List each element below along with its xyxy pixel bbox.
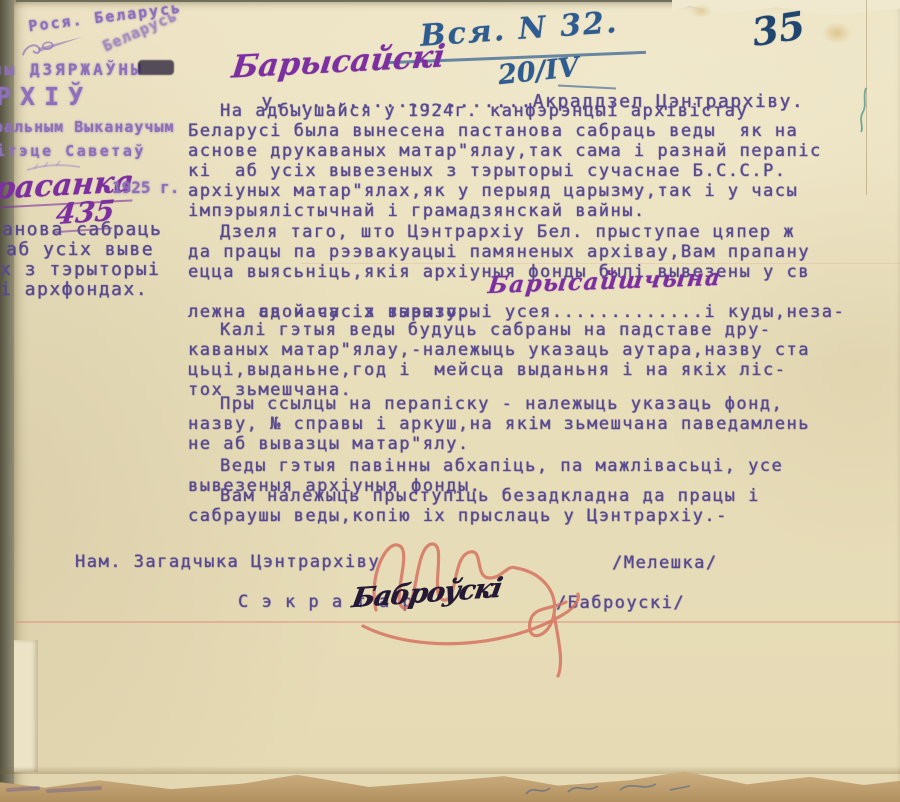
typed-dots: ............: [564, 302, 705, 322]
margin-note-line: і архфондах.: [0, 280, 180, 300]
body-paragraph-3: Калі гэтыя веды будуць сабраны на падста…: [188, 320, 888, 400]
text-line-with-insert: свой час з тэрыторыі усея.............і …: [188, 282, 888, 302]
text-line: аснове друкаваных матар"ялау,так сама і …: [188, 141, 888, 161]
archival-document-scan: Рося. Беларусь Беларусь ны ДЗЯРЖАЎНЫ РХІ…: [0, 0, 900, 802]
text-line: Калі гэтыя веды будуць сабраны на падста…: [188, 320, 888, 340]
faint-stamp-fragment: [4, 782, 154, 798]
text-line: імпэрыялістычнай і грамадзянскай вайны.: [188, 201, 888, 221]
body-paragraph-1: На адбыушайся у 1924г. канфэрэнцыі архів…: [188, 101, 888, 221]
text-line: каваных матар"ялау,-належыць указаць аут…: [188, 340, 888, 360]
paper-stain: [822, 22, 852, 44]
text-line: архіуных матар"ялах,як у перыяд царызму,…: [188, 181, 888, 201]
margin-note-line: анова сабраць: [0, 220, 180, 240]
text-line: кі аб усіх вывезеных з тэрыторыі сучасна…: [188, 161, 888, 181]
page-edge-shadow: [0, 766, 900, 774]
margin-note-line: х з тэрыторыі: [0, 260, 180, 280]
page-number: 35: [749, 2, 808, 55]
underlying-page-edge: [14, 640, 38, 772]
stamp-line-executive: ральным Выканаучым: [0, 118, 175, 136]
text-line: не аб вывазцы матар"ялу.: [188, 434, 888, 454]
text-segment: і куды,неза-: [704, 302, 845, 322]
signer-role-1: Нам. Загадчыка Цэнтрархіву: [75, 552, 380, 572]
text-line: На адбыушайся у 1924г. канфэрэнцыі архів…: [188, 101, 888, 121]
paper-stain: [690, 4, 712, 18]
ink-smudge: [138, 60, 174, 75]
text-line: назву, № справы і аркуш,на якім зьмешчан…: [188, 414, 888, 434]
text-line: да працы па рээвакуацыі памяненых архіва…: [188, 242, 888, 262]
text-line: Вам належыць прыступіць безадкладна да п…: [188, 486, 888, 506]
body-paragraph-2: Дзеля таго, што Цэнтрархіу Бел. прыступа…: [188, 222, 888, 322]
stamp-emblem-icon: [17, 31, 89, 63]
text-line: цьці,выданьне,год і мейсца выданьня і на…: [188, 360, 888, 380]
margin-note: анова сабраць аб усіх выве х з тэрыторыі…: [0, 220, 180, 300]
archive-stamp: Рося. Беларусь Беларусь ны ДЗЯРЖАЎНЫ РХІ…: [0, 0, 200, 240]
text-line: Веды гэтыя павінны абхапіць, па мажлівас…: [188, 456, 888, 476]
year-stamp: 1925 г.: [112, 178, 179, 197]
stamp-line-committee: ітэце Саветаў: [0, 142, 146, 160]
margin-note-line: аб усіх выве: [0, 240, 180, 260]
text-line: Дзеля таго, што Цэнтрархіу Бел. прыступа…: [188, 222, 888, 242]
stamp-line-state: ны ДЗЯРЖАЎНЫ: [0, 60, 144, 79]
handwritten-insert: Барысайшчына: [487, 268, 723, 296]
faint-ink-marks: [520, 778, 700, 800]
stamp-line-archive: РХІЎ: [0, 82, 92, 111]
body-paragraph-4: Пры ссылцы на перапіску - належыць указа…: [188, 394, 888, 454]
text-segment: свой час з тэрыторыі усея.: [258, 302, 563, 322]
text-line: Беларусі была вынесена пастанова сабраць…: [188, 121, 888, 141]
text-line: Пры ссылцы на перапіску - належыць указа…: [188, 394, 888, 414]
